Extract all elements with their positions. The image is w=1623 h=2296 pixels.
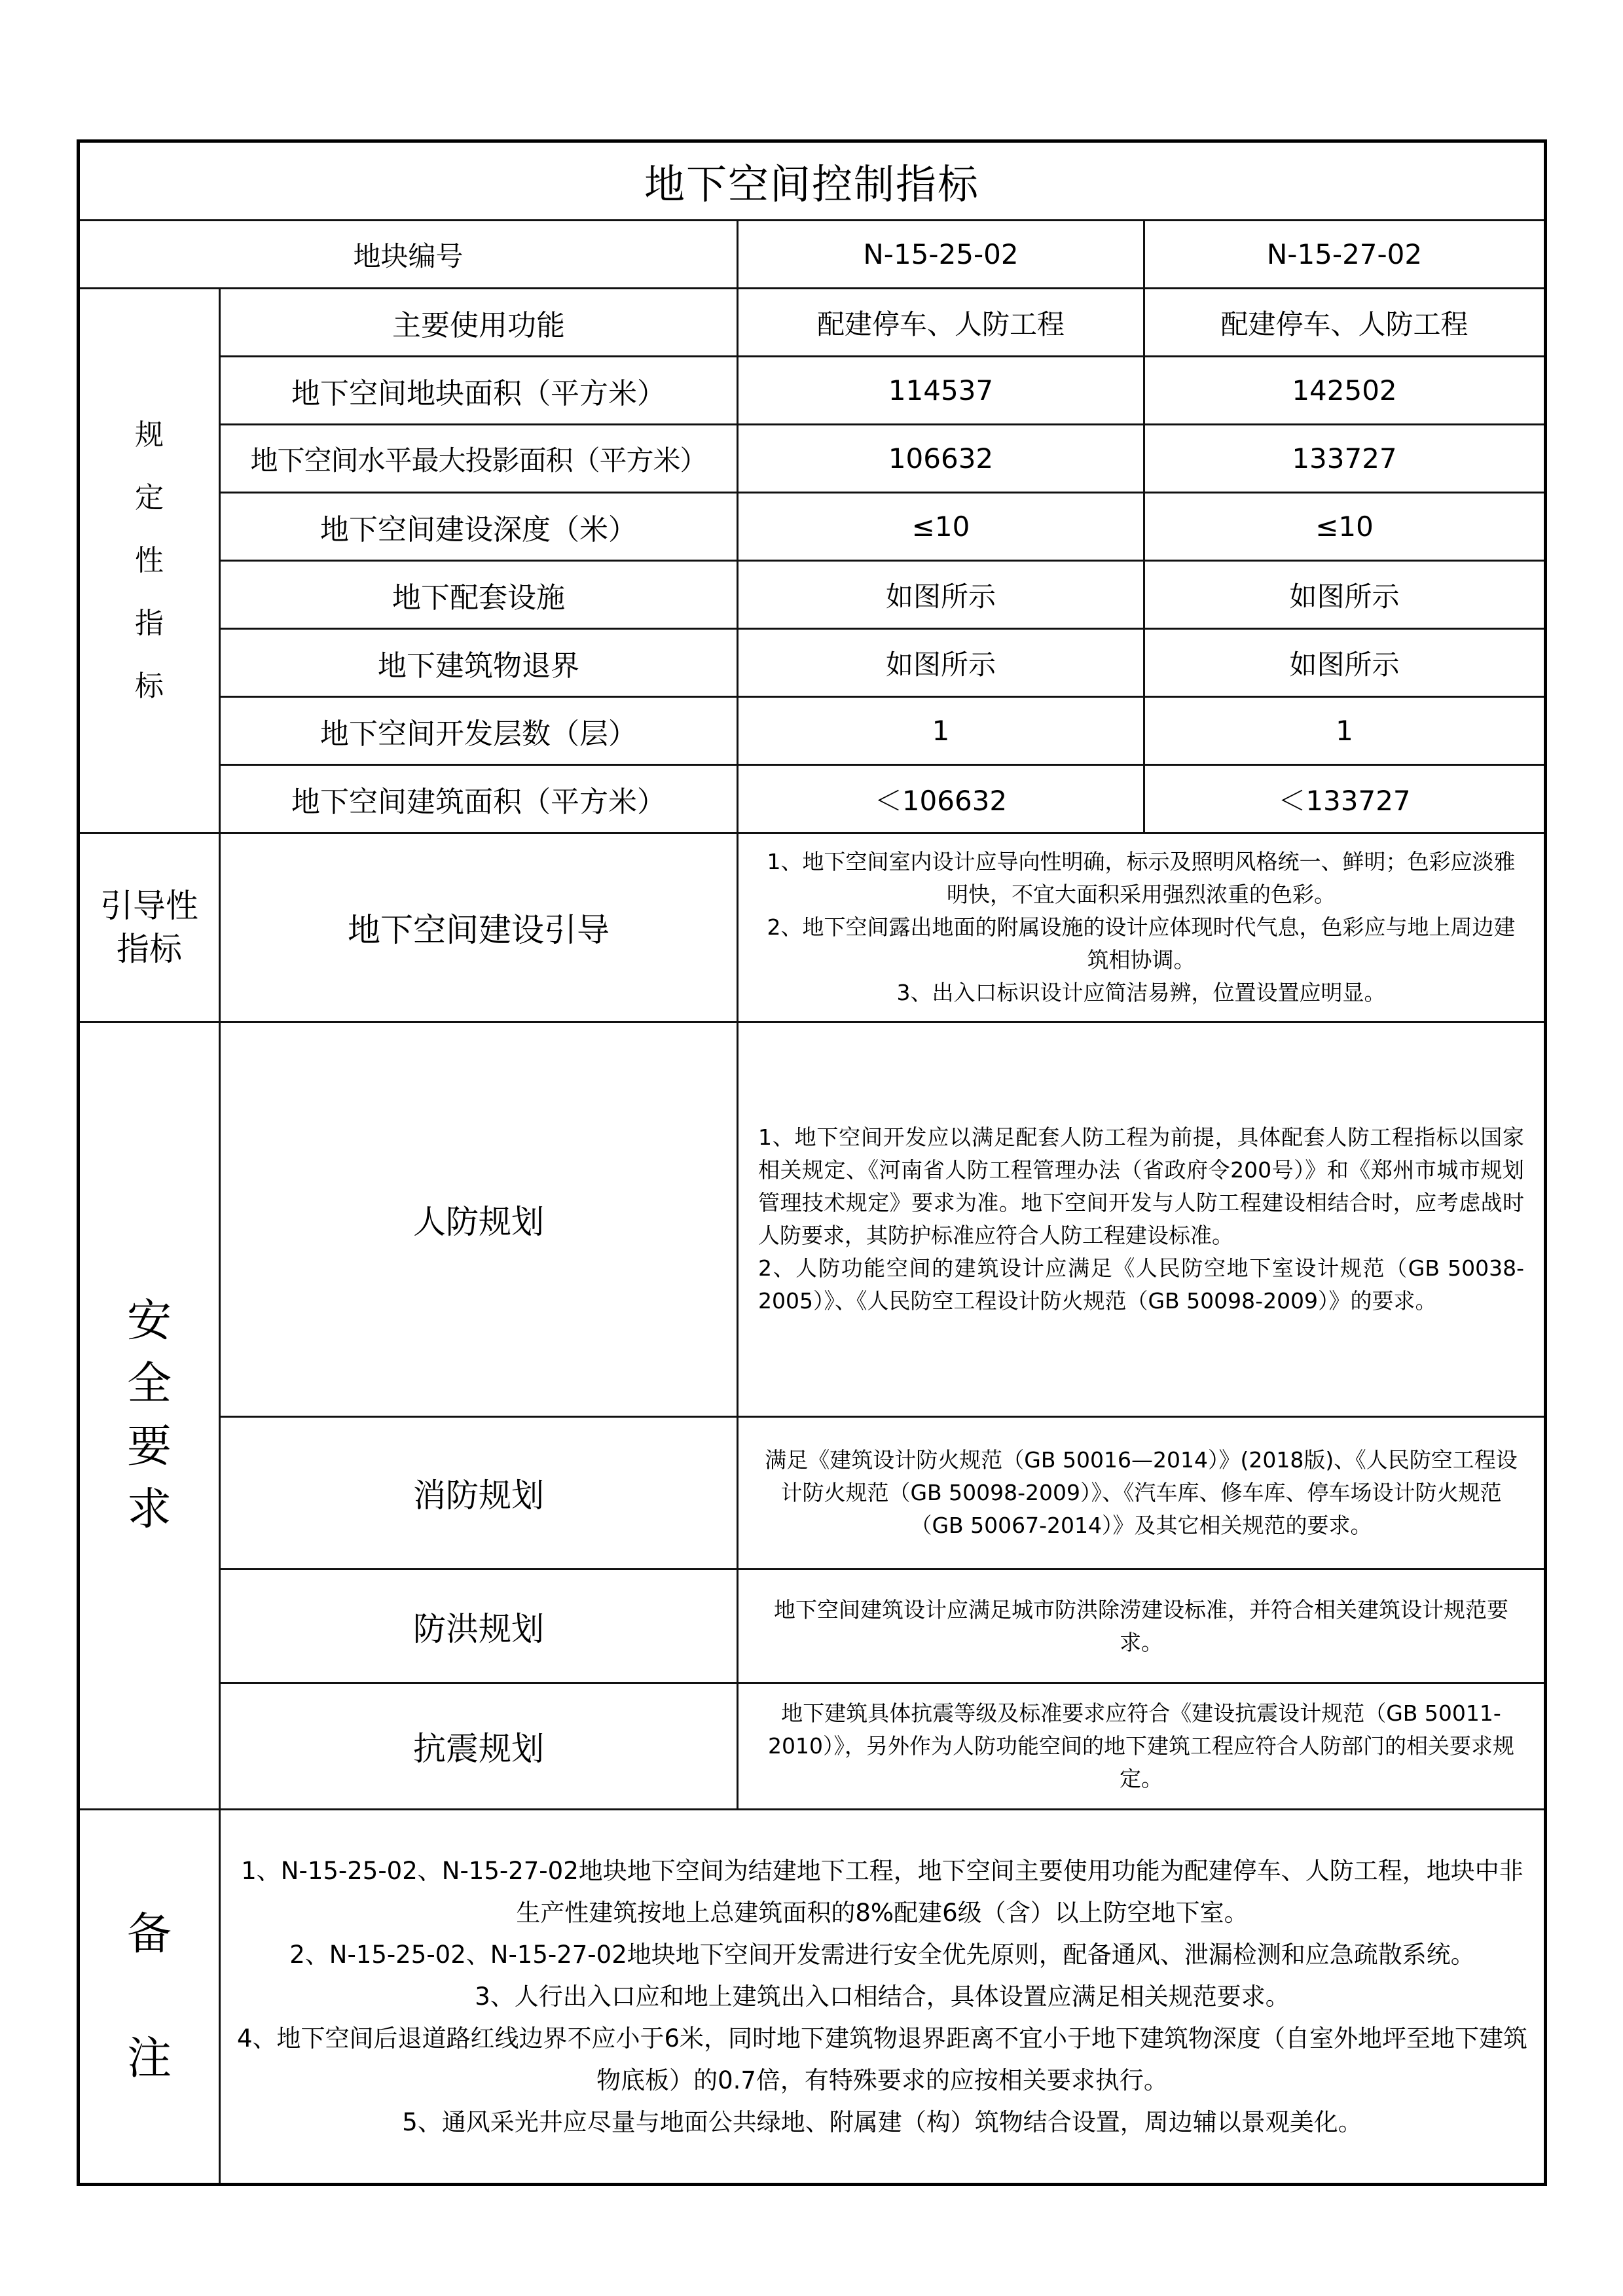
spec-row-parcel-area: 地下空间地块面积（平方米） 114537 142502	[79, 357, 1546, 425]
guidance-item: 1、地下空间室内设计应导向性明确，标示及照明风格统一、鲜明；色彩应淡雅明快，不宜…	[758, 846, 1524, 911]
remarks-row: 备 注 1、N-15-25-02、N-15-27-02地块地下空间为结建地下工程…	[79, 1810, 1546, 2185]
category-char: 安	[127, 1295, 172, 1347]
row-label: 地下配套设施	[220, 561, 738, 629]
safety-seismic-row: 抗震规划 地下建筑具体抗震等级及标准要求应符合《建设抗震设计规范（GB 5001…	[79, 1683, 1546, 1810]
guidance-content: 1、地下空间室内设计应导向性明确，标示及照明风格统一、鲜明；色彩应淡雅明快，不宜…	[738, 833, 1546, 1022]
parcel-b-value: 1	[1144, 697, 1546, 765]
header-row: 地块编号 N-15-25-02 N-15-27-02	[79, 221, 1546, 289]
remark-item: 5、通风采光井应尽量与地面公共绿地、附属建（构）筑物结合设置，周边辅以景观美化。	[235, 2102, 1529, 2144]
parcel-b-value: ＜133727	[1144, 765, 1546, 833]
parcel-b-value: 如图所示	[1144, 629, 1546, 697]
category-char: 备	[127, 1909, 172, 1960]
spec-row-setback: 地下建筑物退界 如图所示 如图所示	[79, 629, 1546, 697]
parcel-a-value: 如图所示	[738, 629, 1144, 697]
guidance-category-line1: 引导性	[100, 887, 198, 925]
row-label: 地下空间开发层数（层）	[220, 697, 738, 765]
seismic-item: 地下建筑具体抗震等级及标准要求应符合《建设抗震设计规范（GB 50011-201…	[758, 1697, 1524, 1795]
category-char: 要	[127, 1421, 172, 1473]
safety-category: 安 全 要 求	[79, 1022, 220, 1810]
row-label: 地下空间建设深度（米）	[220, 493, 738, 561]
row-label: 地下空间建筑面积（平方米）	[220, 765, 738, 833]
flood-control-label: 防洪规划	[220, 1570, 738, 1683]
seismic-content: 地下建筑具体抗震等级及标准要求应符合《建设抗震设计规范（GB 50011-201…	[738, 1683, 1546, 1810]
spec-row-max-projection-area: 地下空间水平最大投影面积（平方米） 106632 133727	[79, 425, 1546, 493]
underground-space-control-table: 地下空间控制指标 地块编号 N-15-25-02 N-15-27-02 规 定 …	[77, 139, 1547, 2186]
spec-row-depth: 地下空间建设深度（米） ≤10 ≤10	[79, 493, 1546, 561]
civil-defense-label: 人防规划	[220, 1022, 738, 1417]
seismic-label: 抗震规划	[220, 1683, 738, 1810]
remark-item: 2、N-15-25-02、N-15-27-02地块地下空间开发需进行安全优先原则…	[235, 1934, 1529, 1976]
guidance-label: 地下空间建设引导	[220, 833, 738, 1022]
row-label: 主要使用功能	[220, 289, 738, 357]
parcel-a-value: 如图所示	[738, 561, 1144, 629]
spec-row-facilities: 地下配套设施 如图所示 如图所示	[79, 561, 1546, 629]
category-char: 全	[127, 1358, 172, 1410]
parcel-b-value: 配建停车、人防工程	[1144, 289, 1546, 357]
parcel-a-id: N-15-25-02	[738, 221, 1144, 289]
parcel-b-id: N-15-27-02	[1144, 221, 1546, 289]
parcel-b-value: ≤10	[1144, 493, 1546, 561]
parcel-number-label: 地块编号	[79, 221, 738, 289]
parcel-a-value: 114537	[738, 357, 1144, 425]
remarks-content: 1、N-15-25-02、N-15-27-02地块地下空间为结建地下工程，地下空…	[220, 1810, 1546, 2185]
spec-row-main-function: 规 定 性 指 标 主要使用功能 配建停车、人防工程 配建停车、人防工程	[79, 289, 1546, 357]
safety-flood-row: 防洪规划 地下空间建筑设计应满足城市防洪除涝建设标准，并符合相关建筑设计规范要求…	[79, 1570, 1546, 1683]
guidance-item: 3、出入口标识设计应简洁易辨，位置设置应明显。	[758, 977, 1524, 1009]
spec-row-floors: 地下空间开发层数（层） 1 1	[79, 697, 1546, 765]
document-title: 地下空间控制指标	[79, 141, 1546, 221]
parcel-b-value: 142502	[1144, 357, 1546, 425]
parcel-a-value: 106632	[738, 425, 1144, 493]
civil-defense-content: 1、地下空间开发应以满足配套人防工程为前提，具体配套人防工程指标以国家相关规定、…	[738, 1022, 1546, 1417]
parcel-b-value: 133727	[1144, 425, 1546, 493]
row-label: 地下空间水平最大投影面积（平方米）	[220, 425, 738, 493]
fire-protection-item: 满足《建筑设计防火规范（GB 50016—2014）》(2018版)、《人民防空…	[758, 1444, 1524, 1542]
category-char: 求	[127, 1484, 172, 1535]
category-char: 注	[127, 2033, 172, 2085]
remark-item: 4、地下空间后退道路红线边界不应小于6米，同时地下建筑物退界距离不宜小于地下建筑…	[235, 2018, 1529, 2102]
category-char: 指	[135, 607, 164, 640]
row-label: 地下建筑物退界	[220, 629, 738, 697]
civil-defense-item: 2、人防功能空间的建筑设计应满足《人民防空地下室设计规范（GB 50038-20…	[758, 1252, 1524, 1318]
category-char: 标	[135, 670, 164, 703]
flood-control-item: 地下空间建筑设计应满足城市防洪除涝建设标准，并符合相关建筑设计规范要求。	[758, 1594, 1524, 1659]
parcel-a-value: 1	[738, 697, 1144, 765]
remark-item: 1、N-15-25-02、N-15-27-02地块地下空间为结建地下工程，地下空…	[235, 1850, 1529, 1934]
guidance-item: 2、地下空间露出地面的附属设施的设计应体现时代气息，色彩应与地上周边建筑相协调。	[758, 911, 1524, 977]
remark-item: 3、人行出入口应和地上建筑出入口相结合，具体设置应满足相关规范要求。	[235, 1976, 1529, 2018]
guidance-row: 引导性 指标 地下空间建设引导 1、地下空间室内设计应导向性明确，标示及照明风格…	[79, 833, 1546, 1022]
fire-protection-content: 满足《建筑设计防火规范（GB 50016—2014）》(2018版)、《人民防空…	[738, 1417, 1546, 1570]
spec-row-floor-area: 地下空间建筑面积（平方米） ＜106632 ＜133727	[79, 765, 1546, 833]
civil-defense-item: 1、地下空间开发应以满足配套人防工程为前提，具体配套人防工程指标以国家相关规定、…	[758, 1121, 1524, 1252]
safety-fire-row: 消防规划 满足《建筑设计防火规范（GB 50016—2014）》(2018版)、…	[79, 1417, 1546, 1570]
category-char: 规	[135, 418, 164, 452]
parcel-a-value: ≤10	[738, 493, 1144, 561]
category-char: 定	[135, 481, 164, 514]
parcel-a-value: ＜106632	[738, 765, 1144, 833]
parcel-b-value: 如图所示	[1144, 561, 1546, 629]
row-label: 地下空间地块面积（平方米）	[220, 357, 738, 425]
flood-control-content: 地下空间建筑设计应满足城市防洪除涝建设标准，并符合相关建筑设计规范要求。	[738, 1570, 1546, 1683]
prescriptive-category: 规 定 性 指 标	[79, 289, 220, 833]
title-row: 地下空间控制指标	[79, 141, 1546, 221]
remarks-category: 备 注	[79, 1810, 220, 2185]
document-page: 地下空间控制指标 地块编号 N-15-25-02 N-15-27-02 规 定 …	[0, 0, 1623, 2296]
guidance-category: 引导性 指标	[79, 833, 220, 1022]
fire-protection-label: 消防规划	[220, 1417, 738, 1570]
guidance-category-line2: 指标	[117, 930, 182, 968]
safety-civil-defense-row: 安 全 要 求 人防规划 1、地下空间开发应以满足配套人防工程为前提，具体配套人…	[79, 1022, 1546, 1417]
parcel-a-value: 配建停车、人防工程	[738, 289, 1144, 357]
category-char: 性	[135, 544, 164, 577]
